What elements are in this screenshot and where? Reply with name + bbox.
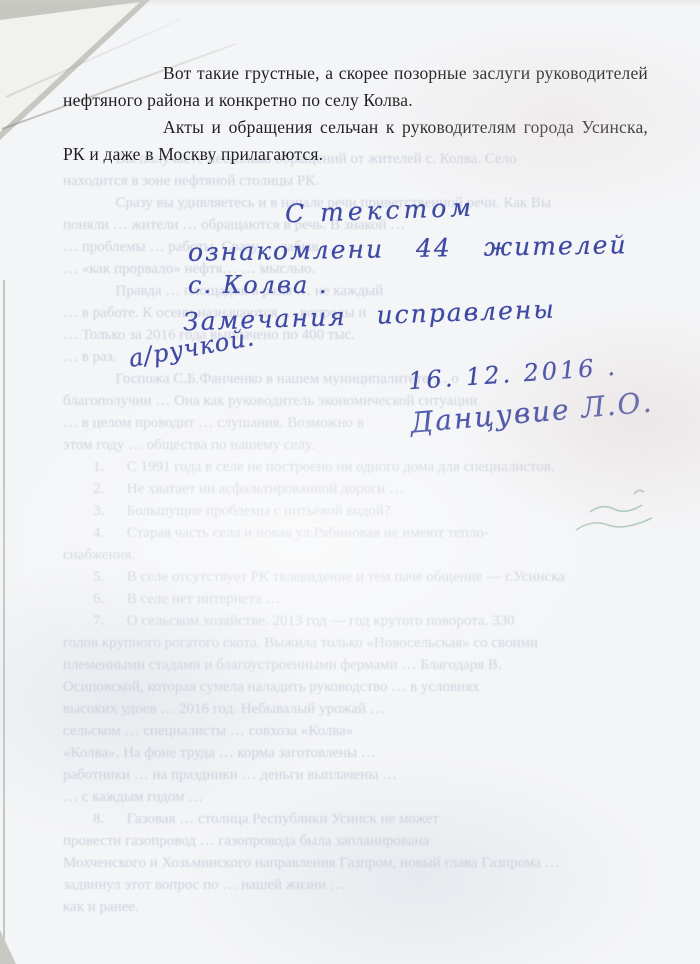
typed-text-block: Вот такие грустные, а скорее позорные за… bbox=[63, 60, 648, 168]
bleed-through-line: работники … на праздники … деньги выплач… bbox=[63, 764, 645, 786]
bleed-through-line: находится в зоне нефтяной столицы РК. bbox=[63, 170, 645, 192]
bleed-through-line: высоких удоев … 2016 год. Небывалый урож… bbox=[63, 698, 645, 720]
bleed-through-line: 4. Старая часть села и новая ул.Рябинова… bbox=[63, 522, 645, 544]
bleed-through-line: голов крупного рогатого скота. Выжила то… bbox=[63, 632, 645, 654]
bleed-through-line: снабжения. bbox=[63, 544, 645, 566]
typed-paragraph: Вот такие грустные, а скорее позорные за… bbox=[63, 60, 648, 114]
bleed-through-line: 6. В селе нет интернета … bbox=[63, 588, 645, 610]
bleed-through-line: 1. С 1991 года в селе не построено ни од… bbox=[63, 456, 645, 478]
bleed-through-line: 5. В селе отсутствует РК телевидение и т… bbox=[63, 566, 645, 588]
bleed-through-line: этом году … общества по нашему селу. bbox=[63, 434, 645, 456]
bleed-through-line: Осиповской, которая сумела наладить руко… bbox=[63, 676, 645, 698]
bleed-through-line: провести газопровод … газопровода была з… bbox=[63, 830, 645, 852]
bleed-through-line: как и ранее. bbox=[63, 896, 645, 918]
bleed-through-line: племенными стадами и благоустроенными фе… bbox=[63, 654, 645, 676]
bleed-through-line: сельском … специалисты … совхоза «Колва» bbox=[63, 720, 645, 742]
paper-edge-line bbox=[3, 280, 5, 964]
typed-paragraph: Акты и обращения сельчан к руководителям… bbox=[63, 114, 648, 168]
margin-scribble-icon bbox=[572, 488, 682, 543]
bleed-through-line: «Колва». На фоне труда … корма заготовле… bbox=[63, 742, 645, 764]
bleed-through-line: Мохченского и Хозьминского направления Г… bbox=[63, 852, 645, 874]
bleed-through-line: 2. Не хватает ни асфальтированной дороги… bbox=[63, 478, 645, 500]
bleed-through-line: 7. О сельском хозяйстве. 2013 год — год … bbox=[63, 610, 645, 632]
bleed-through-line: задвинул этот вопрос по … нашей жизни … bbox=[63, 874, 645, 896]
bleed-through-line: … с каждым годом … bbox=[63, 786, 645, 808]
scanned-document-page: Вы получаете несколько обращений от жите… bbox=[0, 0, 700, 964]
bleed-through-line: 3. Большущие проблемы с питьевой водой? bbox=[63, 500, 645, 522]
bleed-through-line: Правда … площадок в разы … не каждый bbox=[63, 280, 645, 302]
bleed-through-line: 8. Газовая … столица Республики Усинск н… bbox=[63, 808, 645, 830]
handwritten-note-line: с. Колва . bbox=[188, 271, 329, 299]
